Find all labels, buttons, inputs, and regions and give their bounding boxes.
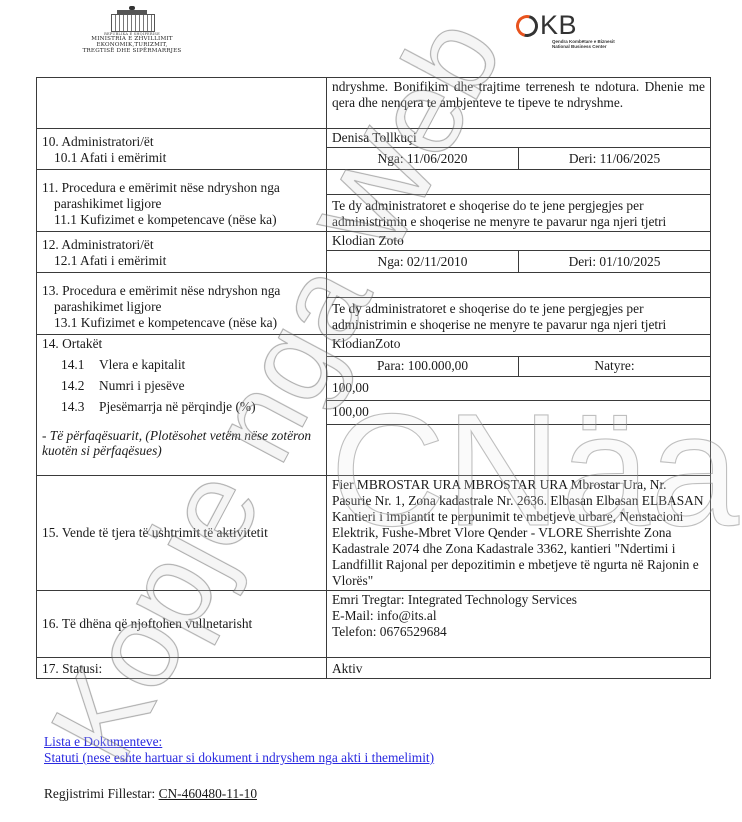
initial-registration-code: CN-460480-11-10 — [159, 786, 257, 801]
table-row-procedure-2: 13. Procedura e emërimit nëse ndryshon n… — [37, 273, 711, 335]
participation-percent-number: 14.3 — [61, 399, 99, 415]
contact-phone: Telefon: 0676529684 — [332, 624, 705, 640]
capital-value-label: 14.1 Vlera e kapitalit — [42, 352, 321, 373]
partners-value: KlodianZoto Para: 100.000,00 Natyre: 100… — [327, 335, 711, 476]
shares-count-number: 14.2 — [61, 378, 99, 394]
documents-links: Lista e Dokumenteve: Statuti (nese eshte… — [44, 734, 434, 766]
participation-percent-label: 14.3 Pjesëmarrja në përqindje (%) — [42, 394, 321, 428]
administrator-1-value: Denisa Tollkuçi Nga: 11/06/2020 Deri: 11… — [327, 129, 711, 170]
okb-mark: KB — [540, 10, 577, 41]
table-row-partners: 14. Ortakët 14.1 Vlera e kapitalit 14.2 … — [37, 335, 711, 476]
continuation-label — [37, 78, 327, 129]
trade-name: Emri Tregtar: Integrated Technology Serv… — [332, 592, 705, 608]
okb-o-ring-icon — [512, 11, 542, 41]
table-row-status: 17. Statusi: Aktiv — [37, 658, 711, 679]
other-locations-value: Fier MBROSTAR URA MBROSTAR URA Mbrostar … — [327, 476, 711, 591]
okb-subtitle: Qendra Kombëtare e Biznesit National Bus… — [552, 39, 615, 49]
shares-count-label: 14.2 Numri i pjesëve — [42, 373, 321, 394]
table-row-administrator-1: 10. Administratori/ët 10.1 Afati i emëri… — [37, 129, 711, 170]
administrator-1-title: 10. Administratori/ët — [42, 134, 154, 149]
administrator-2-title: 12. Administratori/ët — [42, 237, 154, 252]
procedure-2-value: Te dy administratoret e shoqerise do te … — [327, 273, 711, 335]
administrator-2-to-date: Deri: 01/10/2025 — [519, 251, 710, 272]
administrator-2-term-label: 12.1 Afati i emërimit — [42, 253, 321, 269]
competence-limits-1-text: Te dy administratoret e shoqerise do te … — [332, 195, 705, 230]
administrator-1-name: Denisa Tollkuçi — [327, 129, 710, 148]
voluntary-info-label: 16. Të dhëna që njoftohen vullnetarisht — [37, 591, 327, 658]
administrator-2-from-date: Nga: 02/11/2010 — [327, 251, 519, 272]
table-row-administrator-2: 12. Administratori/ët 12.1 Afati i emëri… — [37, 232, 711, 273]
shares-count-value: 100,00 — [327, 377, 710, 401]
voluntary-info-value: Emri Tregtar: Integrated Technology Serv… — [327, 591, 711, 658]
table-row-continuation: ndryshme. Bonifikim dhe trajtime terrene… — [37, 78, 711, 129]
capital-value-number: 14.1 — [61, 357, 99, 373]
procedure-2-label: 13. Procedura e emërimit nëse ndryshon n… — [37, 273, 327, 335]
representatives-value — [327, 425, 710, 475]
capital-money: Para: 100.000,00 — [327, 357, 519, 376]
administrator-1-label: 10. Administratori/ët 10.1 Afati i emëri… — [37, 129, 327, 170]
administrator-2-name: Klodian Zoto — [327, 232, 710, 251]
ministry-building-icon — [109, 6, 155, 32]
contact-email: E-Mail: info@its.al — [332, 608, 705, 624]
procedure-2-title-line-2: parashikimet ligjore — [42, 299, 321, 315]
capital-value-text: Vlera e kapitalit — [99, 357, 185, 373]
other-locations-label: 15. Vende të tjera të ushtrimit të aktiv… — [37, 476, 327, 591]
competence-limits-1-label: 11.1 Kufizimet e kompetencave (nëse ka) — [42, 212, 321, 228]
procedure-1-empty — [327, 170, 710, 195]
participation-percent-value: 100,00 — [327, 401, 710, 425]
table-row-procedure-1: 11. Procedura e emërimit nëse ndryshon n… — [37, 170, 711, 232]
okb-logo: KB Qendra Kombëtare e Biznesit National … — [514, 10, 624, 50]
administrator-1-from-date: Nga: 11/06/2020 — [327, 148, 519, 169]
registry-table: ndryshme. Bonifikim dhe trajtime terrene… — [36, 77, 711, 679]
statute-link[interactable]: Statuti (nese eshte hartuar si dokument … — [44, 750, 434, 766]
administrator-2-value: Klodian Zoto Nga: 02/11/2010 Deri: 01/10… — [327, 232, 711, 273]
activity-continuation-text: ndryshme. Bonifikim dhe trajtime terrene… — [327, 78, 711, 129]
table-row-other-locations: 15. Vende të tjera të ushtrimit të aktiv… — [37, 476, 711, 591]
documents-list-link[interactable]: Lista e Dokumenteve: — [44, 734, 434, 750]
document-header: REPUBLIKA E SHQIPERISE MINISTRIA E ZHVIL… — [0, 0, 742, 60]
table-row-voluntary-info: 16. Të dhëna që njoftohen vullnetarisht … — [37, 591, 711, 658]
competence-limits-2-label: 13.1 Kufizimet e kompetencave (nëse ka) — [42, 315, 321, 331]
shares-count-text: Numri i pjesëve — [99, 378, 185, 394]
status-label: 17. Statusi: — [37, 658, 327, 679]
okb-subtitle-line-2: National Business Center — [552, 44, 615, 49]
procedure-1-title-line-1: 11. Procedura e emërimit nëse ndryshon n… — [42, 180, 280, 195]
competence-limits-2-text: Te dy administratoret e shoqerise do te … — [332, 298, 705, 333]
participation-percent-text: Pjesëmarrja në përqindje (%) — [99, 399, 256, 415]
status-value: Aktiv — [327, 658, 711, 679]
procedure-1-title-line-2: parashikimet ligjore — [42, 196, 321, 212]
procedure-2-empty — [327, 273, 710, 298]
administrator-2-label: 12. Administratori/ët 12.1 Afati i emëri… — [37, 232, 327, 273]
capital-nature: Natyre: — [519, 357, 710, 376]
ministry-logo: REPUBLIKA E SHQIPERISE MINISTRIA E ZHVIL… — [62, 6, 202, 54]
administrator-1-term-label: 10.1 Afati i emërimit — [42, 150, 321, 166]
ministry-name-line-3: TREGTISË DHE SIPËRMARRJES — [62, 48, 202, 54]
initial-registration: Regjistrimi Fillestar: CN-460480-11-10 — [44, 786, 257, 802]
partners-title: 14. Ortakët — [42, 336, 102, 351]
procedure-1-value: Te dy administratoret e shoqerise do te … — [327, 170, 711, 232]
representatives-note: - Të përfaqësuarit, (Plotësohet vetëm në… — [42, 428, 321, 459]
initial-registration-label: Regjistrimi Fillestar: — [44, 786, 155, 801]
partner-name: KlodianZoto — [327, 335, 710, 357]
procedure-2-title-line-1: 13. Procedura e emërimit nëse ndryshon n… — [42, 283, 280, 298]
procedure-1-label: 11. Procedura e emërimit nëse ndryshon n… — [37, 170, 327, 232]
partners-label: 14. Ortakët 14.1 Vlera e kapitalit 14.2 … — [37, 335, 327, 476]
administrator-1-to-date: Deri: 11/06/2025 — [519, 148, 710, 169]
